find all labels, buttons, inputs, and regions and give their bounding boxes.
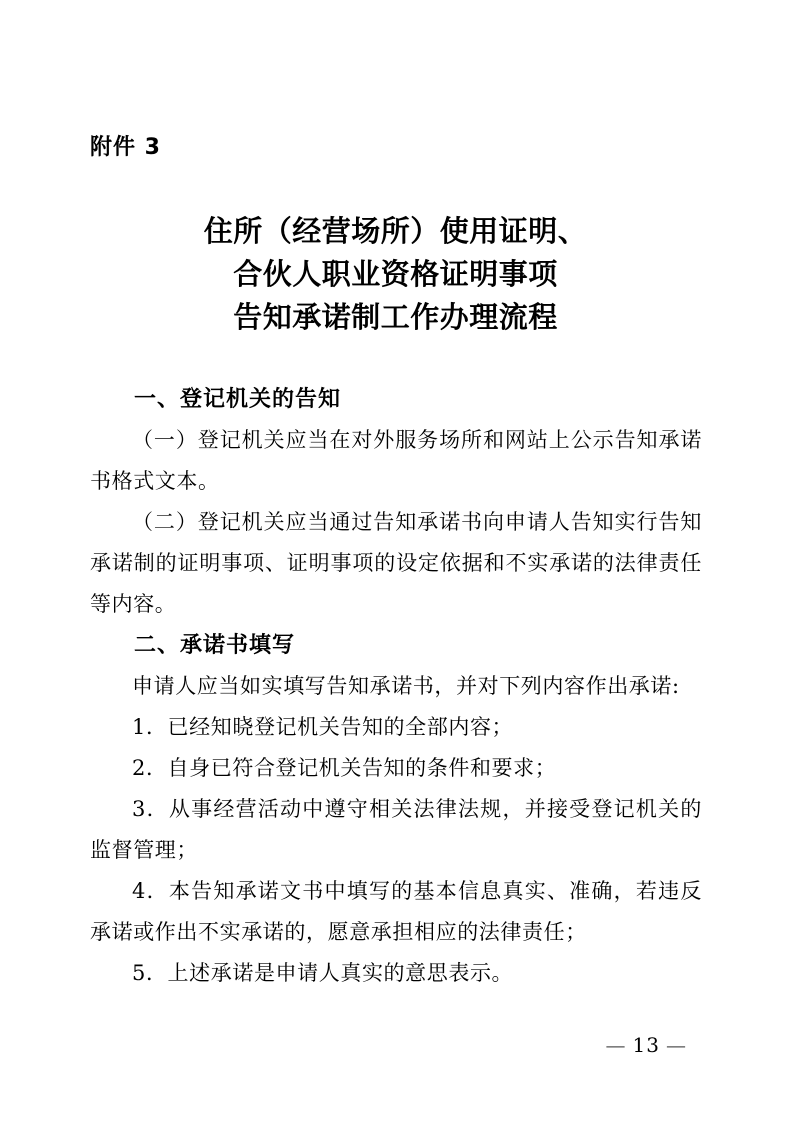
document-title: 住所（经营场所）使用证明、 合伙人职业资格证明事项 告知承诺制工作办理流程	[90, 210, 701, 339]
attachment-label: 附件 3	[90, 133, 701, 163]
document-title-line-2: 合伙人职业资格证明事项	[90, 253, 701, 296]
document-title-line-3: 告知承诺制工作办理流程	[90, 296, 701, 339]
section-2-heading: 二、承诺书填写	[90, 625, 702, 666]
section-1-heading: 一、登记机关的告知	[90, 379, 702, 420]
section-2-item-2: 2．自身已符合登记机关告知的条件和要求；	[90, 748, 702, 789]
section-1-paragraph-2: （二）登记机关应当通过告知承诺书向申请人告知实行告知承诺制的证明事项、证明事项的…	[90, 502, 702, 625]
section-2-item-3: 3．从事经营活动中遵守相关法律法规，并接受登记机关的监督管理；	[90, 789, 702, 871]
section-2-item-1: 1．已经知晓登记机关告知的全部内容；	[90, 707, 702, 748]
section-1-paragraph-1: （一）登记机关应当在对外服务场所和网站上公示告知承诺书格式文本。	[90, 420, 702, 502]
page-number: —13—	[600, 1032, 693, 1058]
section-2-intro-paragraph: 申请人应当如实填写告知承诺书，并对下列内容作出承诺:	[90, 666, 702, 707]
document-body: 一、登记机关的告知 （一）登记机关应当在对外服务场所和网站上公示告知承诺书格式文…	[90, 379, 702, 994]
section-2-item-5: 5．上述承诺是申请人真实的意思表示。	[90, 953, 702, 994]
section-2-item-4: 4．本告知承诺文书中填写的基本信息真实、准确，若违反承诺或作出不实承诺的，愿意承…	[90, 871, 702, 953]
document-page: 附件 3 住所（经营场所）使用证明、 合伙人职业资格证明事项 告知承诺制工作办理…	[0, 0, 793, 1122]
page-number-right-dash: —	[660, 1033, 693, 1057]
page-number-left-dash: —	[600, 1033, 633, 1057]
document-title-line-1: 住所（经营场所）使用证明、	[90, 210, 701, 253]
page-number-value: 13	[633, 1033, 660, 1057]
